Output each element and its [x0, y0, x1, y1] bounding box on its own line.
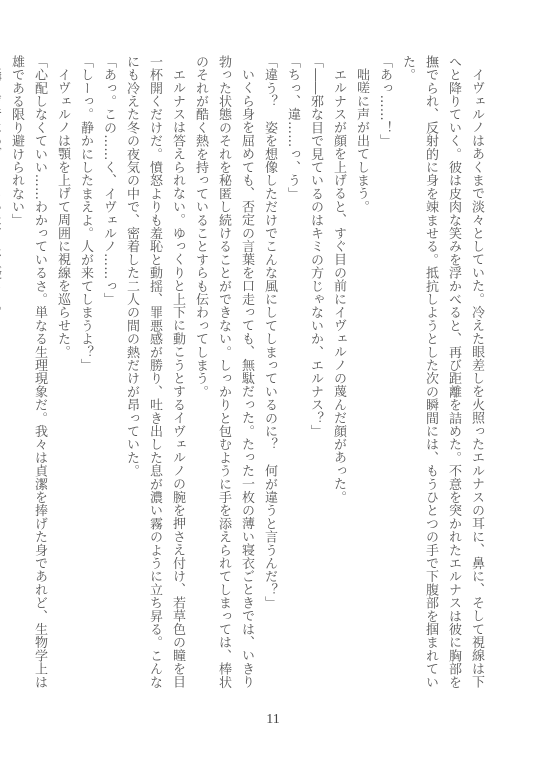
paragraph: 咄嗟に声が出てしまう。 — [350, 55, 373, 700]
paragraph: エルナスが顔を上げると、すぐ目の前にイヴェルノの蔑んだ顔があった。 — [327, 55, 350, 700]
vertical-text-body: イヴェルノはあくまで淡々としていた。冷えた眼差しを火照ったエルナスの耳に、鼻に、… — [0, 55, 488, 700]
paragraph: エルナスは答えられない。ゆっくりと上下に動こうとするイヴェルノの腕を押さえ付け、… — [120, 55, 189, 700]
dialogue-line: 「あっ。この……く、イヴェルノ……っ」 — [97, 55, 120, 700]
dialogue-line: 「違う？ 姿を想像しただけでこんな風にしてしまっているのに？ 何が違うと言うんだ… — [258, 55, 281, 700]
paragraph: いくら身を屈めても、否定の言葉を口走っても、無駄だった。たった一枚の薄い寝衣ごと… — [189, 55, 258, 700]
paragraph: イヴェルノはあくまで淡々としていた。冷えた眼差しを火照ったエルナスの耳に、鼻に、… — [396, 55, 488, 700]
paragraph: 囁く声音はわざとらしいほどに、優しく。 — [0, 55, 5, 700]
dialogue-line: 「心配しなくていい……わかっているさ。単なる生理現象だ。我々は貞潔を捧げた身であ… — [5, 55, 51, 700]
page-number: 11 — [0, 712, 546, 728]
dialogue-line: 「――邪な目で見ているのはキミの方じゃないか、エルナス？」 — [304, 55, 327, 700]
dialogue-line: 「しーっ。静かにしたまえよ。人が来てしまうよ？」 — [74, 55, 97, 700]
book-page: イヴェルノはあくまで淡々としていた。冷えた眼差しを火照ったエルナスの耳に、鼻に、… — [0, 0, 546, 775]
paragraph: イヴェルノは顎を上げて周囲に視線を巡らせた。 — [51, 55, 74, 700]
dialogue-line: 「あっ……！」 — [373, 55, 396, 700]
dialogue-line: 「ちっ、違……っ、う」 — [281, 55, 304, 700]
